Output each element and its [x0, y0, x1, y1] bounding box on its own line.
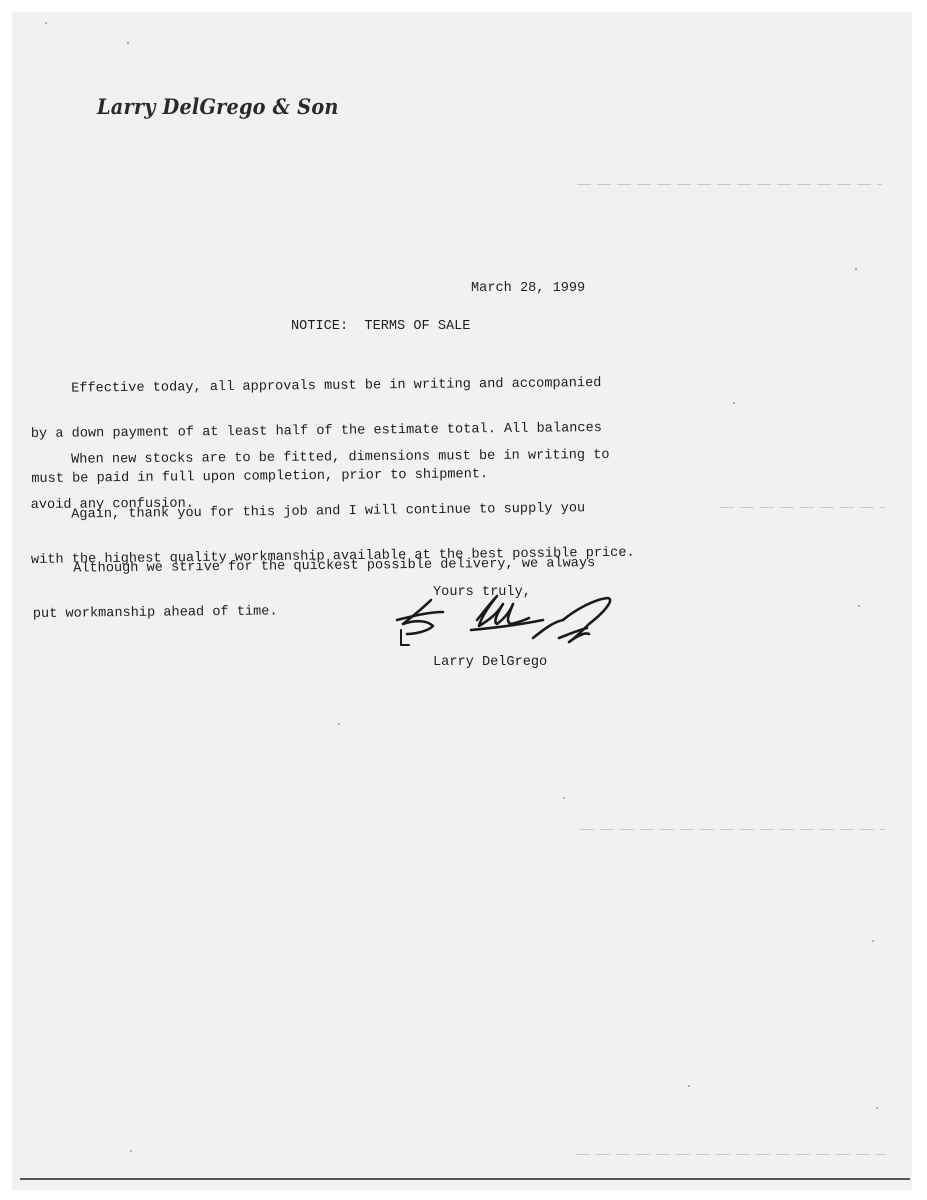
signer-name: Larry DelGrego [433, 655, 547, 670]
paragraph-line: Effective today, all approvals must be i… [30, 376, 601, 397]
bottom-rule [20, 1178, 910, 1180]
letter-date: March 28, 1999 [471, 281, 585, 296]
scan-artifact-line [580, 829, 885, 830]
scan-speck [688, 1085, 690, 1087]
paragraph-line: When new stocks are to be fitted, dimens… [30, 448, 609, 468]
scan-artifact-line [576, 1154, 886, 1155]
scan-speck [130, 1150, 132, 1152]
scan-speck [858, 605, 860, 607]
scan-speck [876, 1107, 878, 1109]
paragraph-line: Although we strive for the quickest poss… [32, 556, 595, 577]
scan-speck [733, 402, 735, 404]
notice-heading: NOTICE: TERMS OF SALE [291, 319, 470, 334]
scan-speck [338, 723, 340, 725]
scan-artifact-line [577, 184, 882, 185]
scan-artifact-line [720, 507, 885, 508]
scan-speck [563, 797, 565, 799]
scan-speck [855, 268, 857, 270]
scan-speck [127, 42, 129, 44]
scan-speck [872, 940, 874, 942]
scan-speck [45, 22, 47, 24]
letterhead: Larry DelGrego & Son [97, 94, 339, 119]
signature-icon [393, 590, 633, 655]
paragraph-line: Again, thank you for this job and I will… [30, 501, 634, 523]
